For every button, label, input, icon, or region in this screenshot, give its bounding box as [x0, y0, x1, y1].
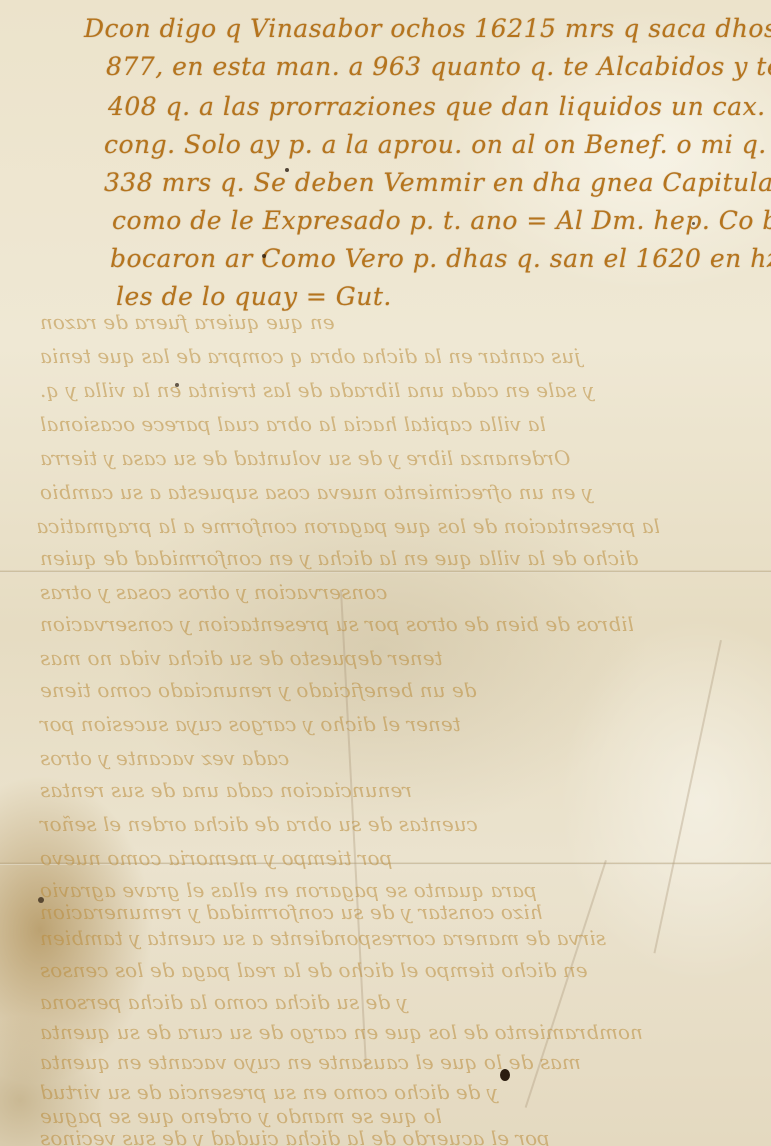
ink-spot	[285, 168, 289, 172]
bleed-line: cuentas de su obra de dicha orden el señ…	[40, 812, 660, 836]
bleed-line: por tiempo y memoria como nuevo	[40, 846, 660, 870]
bleed-line: hizo constar y de su conformidad y remun…	[40, 900, 660, 924]
bleed-line: jus cantar en la dicha obra q compra de …	[40, 344, 660, 368]
bleed-line: lo que se mando y ordeno que se pague	[40, 1104, 660, 1128]
paper-crease-right	[653, 640, 721, 953]
manuscript-line-5: 338 mrs q. Se deben Vemmir en dha gnea C…	[104, 168, 771, 197]
bleed-line: conservacion y otros cosas y otras	[40, 580, 660, 604]
bleed-line: tener el dicho y cargos cuya sucesion po…	[40, 712, 660, 736]
bleed-line: para quanto se pagaron en ellas el grave…	[40, 878, 660, 902]
manuscript-line-3: 408 q. a las prorraziones que dan liquid…	[108, 92, 771, 121]
bleed-line: y en un ofrecimiento nueva cosa supuesta…	[40, 480, 660, 504]
bleed-line: tener depuesto de su dicha vida no mas	[40, 646, 660, 670]
bleed-line: y de su dicha como la dicha persona	[40, 990, 660, 1014]
manuscript-line-6: como de le Expresado p. t. ano = Al Dm. …	[112, 206, 771, 235]
bleed-line: la presentacion de los que pagaron confo…	[40, 514, 660, 538]
manuscript-line-8: les de lo quay = Gut.	[116, 282, 392, 311]
bleed-line: la villa capital hacia la obra cual pare…	[40, 412, 660, 436]
manuscript-line-2: 877, en esta man. a 963 quanto q. te Alc…	[106, 52, 771, 81]
ink-spot	[175, 383, 179, 387]
manuscript-page: en que quiera fuera de razon jus cantar …	[0, 0, 771, 1146]
manuscript-line-4: cong. Solo ay p. a la aprou. on al on Be…	[104, 130, 771, 159]
manuscript-line-1: Dcon digo q Vinasabor ochos 16215 mrs q …	[84, 14, 771, 43]
ink-spot	[38, 897, 44, 903]
bleed-line: en dicho tiempo el dicho de la real paga…	[40, 958, 660, 982]
bleed-line: cada vez vacante y otros	[40, 746, 660, 770]
bleed-line: de un beneficiado y renunciado como tien…	[40, 678, 660, 702]
manuscript-line-7: bocaron ar Como Vero p. dhas q. san el 1…	[110, 244, 771, 273]
bleed-line: libros de bien de otros por su presentac…	[40, 612, 660, 636]
bleed-line: dicho de la villa que en la dicha y en c…	[40, 546, 660, 570]
bleed-line: en que quiera fuera de razon	[40, 310, 660, 334]
bleed-line: Ordenanza libre y de su voluntad de su c…	[40, 446, 660, 470]
ink-spot	[262, 254, 266, 258]
bleed-line: mas de lo que el causante en cuyo vacant…	[40, 1050, 660, 1074]
ink-spot	[500, 1069, 510, 1081]
bleed-line: nombramiento de los que en cargo de su c…	[40, 1020, 660, 1044]
bleed-line: y de dicho como en su presencia de su vi…	[40, 1080, 660, 1104]
bleed-line: por el acuerdo de la dicha ciudad y de s…	[40, 1126, 660, 1146]
bleed-line: y sale en cada una librada de las treint…	[40, 378, 660, 402]
horizontal-fold-crease	[0, 570, 771, 573]
bleed-line: renunciacion cada una de sus rentas	[40, 778, 660, 802]
ink-spot	[692, 222, 695, 225]
bleed-line: sirva de manera correspondiente a su cue…	[40, 926, 660, 950]
